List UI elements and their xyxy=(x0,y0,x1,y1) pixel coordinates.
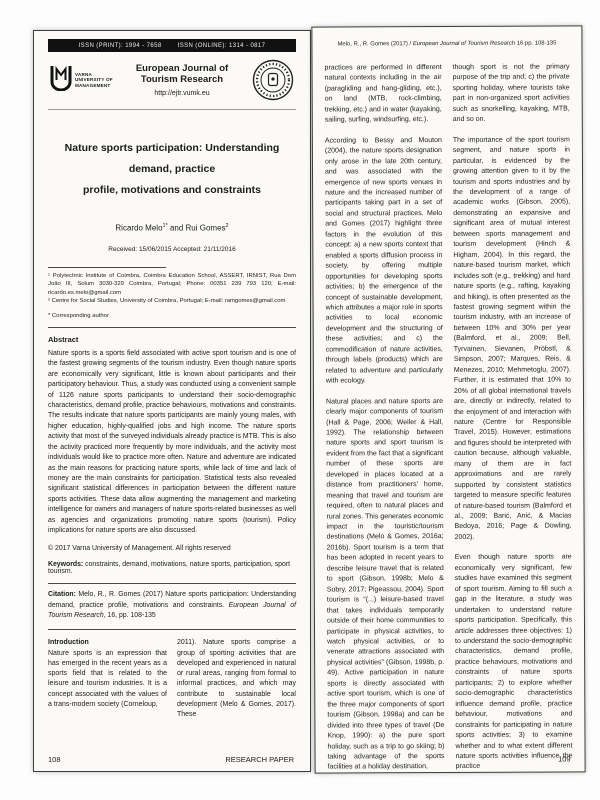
footnotes-block: ¹ Polytechnic Institute of Coimbra, Coim… xyxy=(48,272,296,306)
section-divider xyxy=(48,629,296,630)
issn-print: ISSN (PRINT): 1994 - 7658 xyxy=(79,43,162,49)
journal-title-block: European Journal of Tourism Research htt… xyxy=(119,63,245,97)
research-paper-label: RESEARCH PAPER xyxy=(225,755,294,764)
section-divider xyxy=(48,583,296,584)
introduction-column-1: Introduction Nature sports is an express… xyxy=(48,638,167,720)
citation-line: Citation: Melo, R., R. Gomes (2017) Natu… xyxy=(48,590,296,621)
author-2-affiliation-mark: 2 xyxy=(226,223,229,229)
keywords-label: Keywords: xyxy=(48,561,83,568)
logo-line: MANAGEMENT xyxy=(75,83,113,89)
running-header: Melo, R., R. Gomes (2017) / European Jou… xyxy=(324,40,569,47)
logo-line: UNIVERSITY OF xyxy=(75,77,113,83)
footnote-affiliation-2: ² Centre for Social Studies, University … xyxy=(48,297,296,306)
scanned-paper-spread: ISSN (PRINT): 1994 - 7658 ISSN (ONLINE):… xyxy=(0,0,600,800)
introduction-column-2: 2011). Nature sports comprise a group of… xyxy=(177,638,296,720)
copyright-line: © 2017 Varna University of Management. A… xyxy=(48,545,296,552)
authors-separator: and xyxy=(168,224,186,233)
issn-online: ISSN (ONLINE): 1314 - 0817 xyxy=(178,43,266,49)
running-header-journal: European Journal of Tourism Research xyxy=(413,41,515,47)
body-paragraph: practices are performed in different nat… xyxy=(325,63,442,126)
page-left: ISSN (PRINT): 1994 - 7658 ISSN (ONLINE):… xyxy=(33,30,311,772)
body-paragraph: The importance of the sport tourism segm… xyxy=(453,135,572,543)
body-column-1: practices are performed in different nat… xyxy=(325,63,445,783)
corresponding-author-note: * Corresponding author xyxy=(48,313,296,319)
body-paragraph: 2011). Nature sports comprise a group of… xyxy=(177,639,296,718)
author-2: Rui Gomes xyxy=(186,224,226,233)
page-number-right: 109 xyxy=(558,754,571,763)
abstract-heading: Abstract xyxy=(48,335,296,344)
varna-logo-text: VARNA UNIVERSITY OF MANAGEMENT xyxy=(75,72,113,89)
article-title: Nature sports participation: Understandi… xyxy=(48,138,296,201)
journal-masthead: VARNA UNIVERSITY OF MANAGEMENT European … xyxy=(48,59,296,110)
body-column-2: though sport is not the primary purpose … xyxy=(453,62,573,782)
article-title-line1: Nature sports participation: Understandi… xyxy=(48,138,296,180)
body-columns: practices are performed in different nat… xyxy=(325,62,573,783)
body-paragraph: Nature sports is an expression that has … xyxy=(48,650,167,708)
issn-bar: ISSN (PRINT): 1994 - 7658 ISSN (ONLINE):… xyxy=(48,39,296,52)
running-header-authors: Melo, R., R. Gomes (2017) / xyxy=(337,41,412,47)
journal-seal-icon xyxy=(250,59,294,101)
body-paragraph: Natural places and nature sports are cle… xyxy=(326,397,445,774)
journal-name: European Journal of Tourism Research xyxy=(119,63,245,85)
citation-label: Citation: xyxy=(48,591,76,598)
article-title-line2: profile, motivations and constraints xyxy=(48,180,296,201)
citation-pages: , 16, pp. 108-135 xyxy=(104,612,156,619)
page-number-left: 108 xyxy=(48,755,61,764)
received-accepted-line: Received: 15/06/2015 Accepted: 21/11/201… xyxy=(48,246,296,253)
keywords-line: Keywords: constraints, demand, motivatio… xyxy=(48,561,296,575)
keywords-text: constraints, demand, motivations, nature… xyxy=(48,561,290,575)
varna-logo-icon xyxy=(50,65,72,96)
authors-line: Ricardo Melo1* and Rui Gomes2 xyxy=(48,223,296,233)
running-header-pages: 16 pp. 108-135 xyxy=(515,41,556,47)
introduction-heading: Introduction xyxy=(48,638,167,648)
body-paragraph: though sport is not the primary purpose … xyxy=(453,62,570,125)
body-paragraph: According to Bessy and Mouton (2004), th… xyxy=(325,136,443,387)
section-divider xyxy=(48,327,296,328)
left-page-footer: 108 RESEARCH PAPER xyxy=(48,755,294,764)
abstract-text: Nature sports is a sports field associat… xyxy=(48,349,296,536)
footnote-affiliation-1: ¹ Polytechnic Institute of Coimbra, Coim… xyxy=(48,272,296,298)
footnote-rule xyxy=(48,267,166,268)
author-1: Ricardo Melo xyxy=(115,224,162,233)
journal-url: http://ejtr.vumk.eu xyxy=(119,90,245,97)
page-right: Melo, R., R. Gomes (2017) / European Jou… xyxy=(311,25,585,773)
body-paragraph: Even though nature sports are economical… xyxy=(455,553,573,773)
introduction-section: Introduction Nature sports is an express… xyxy=(48,638,296,720)
varna-logo: VARNA UNIVERSITY OF MANAGEMENT xyxy=(50,65,114,96)
